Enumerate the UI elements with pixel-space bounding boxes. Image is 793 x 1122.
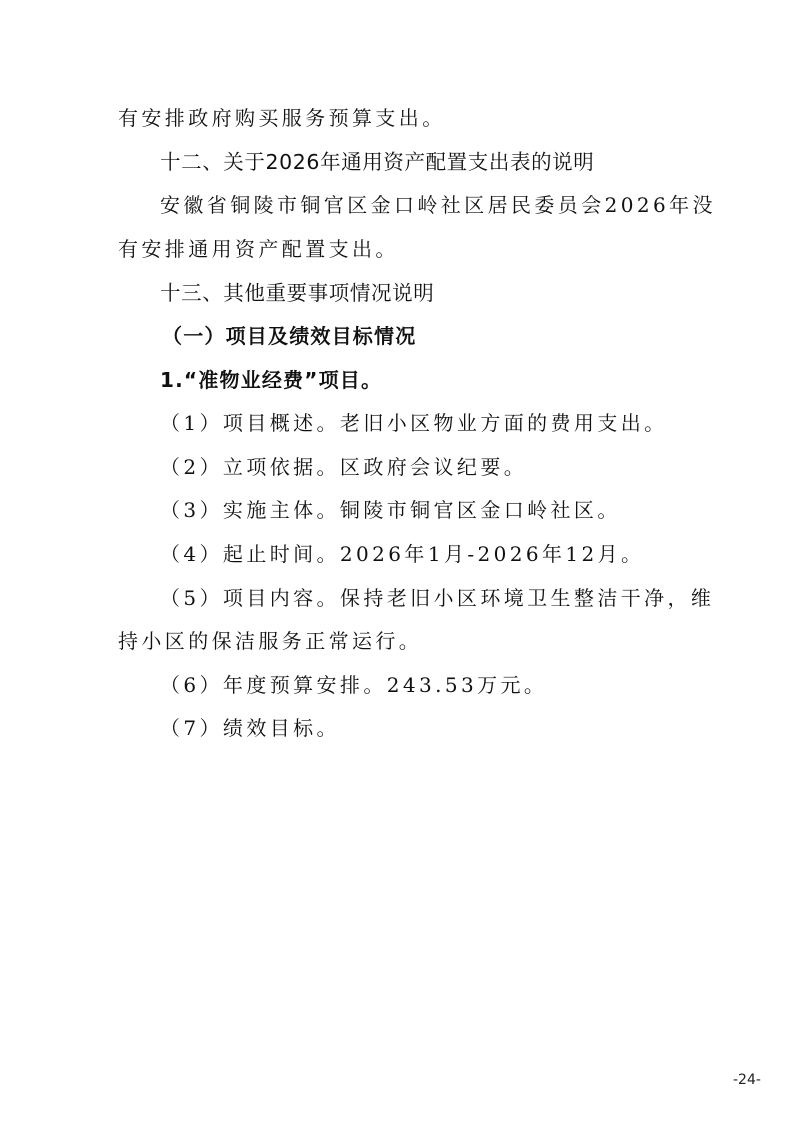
item-period: （4）起止时间。2026年1月-2026年12月。 xyxy=(160,542,644,566)
paragraph-asset-config-line2: 有安排通用资产配置支出。 xyxy=(118,237,399,261)
item-performance-goals: （7）绩效目标。 xyxy=(160,716,340,740)
paragraph-continuation-purchase-services: 有安排政府购买服务预算支出。 xyxy=(118,106,446,130)
item-content-line2: 持小区的保洁服务正常运行。 xyxy=(118,629,422,653)
item-budget: （6）年度预算安排。243.53万元。 xyxy=(160,673,547,697)
paragraph-asset-config-line1: 安徽省铜陵市铜官区金口岭社区居民委员会2026年没 xyxy=(160,193,716,217)
item-implementer: （3）实施主体。铜陵市铜官区金口岭社区。 xyxy=(160,498,621,522)
page-number: -24- xyxy=(733,1072,761,1088)
section-heading-12: 十二、关于2026年通用资产配置支出表的说明 xyxy=(160,150,594,174)
item-content-line1: （5）项目内容。保持老旧小区环境卫生整洁干净，维 xyxy=(160,586,714,610)
subsection-heading-projects: （一）项目及绩效目标情况 xyxy=(162,324,416,348)
project-title: 1.“准物业经费”项目。 xyxy=(160,368,382,392)
section-heading-13: 十三、其他重要事项情况说明 xyxy=(160,281,434,305)
item-overview: （1）项目概述。老旧小区物业方面的费用支出。 xyxy=(160,411,668,435)
item-basis: （2）立项依据。区政府会议纪要。 xyxy=(160,455,527,479)
